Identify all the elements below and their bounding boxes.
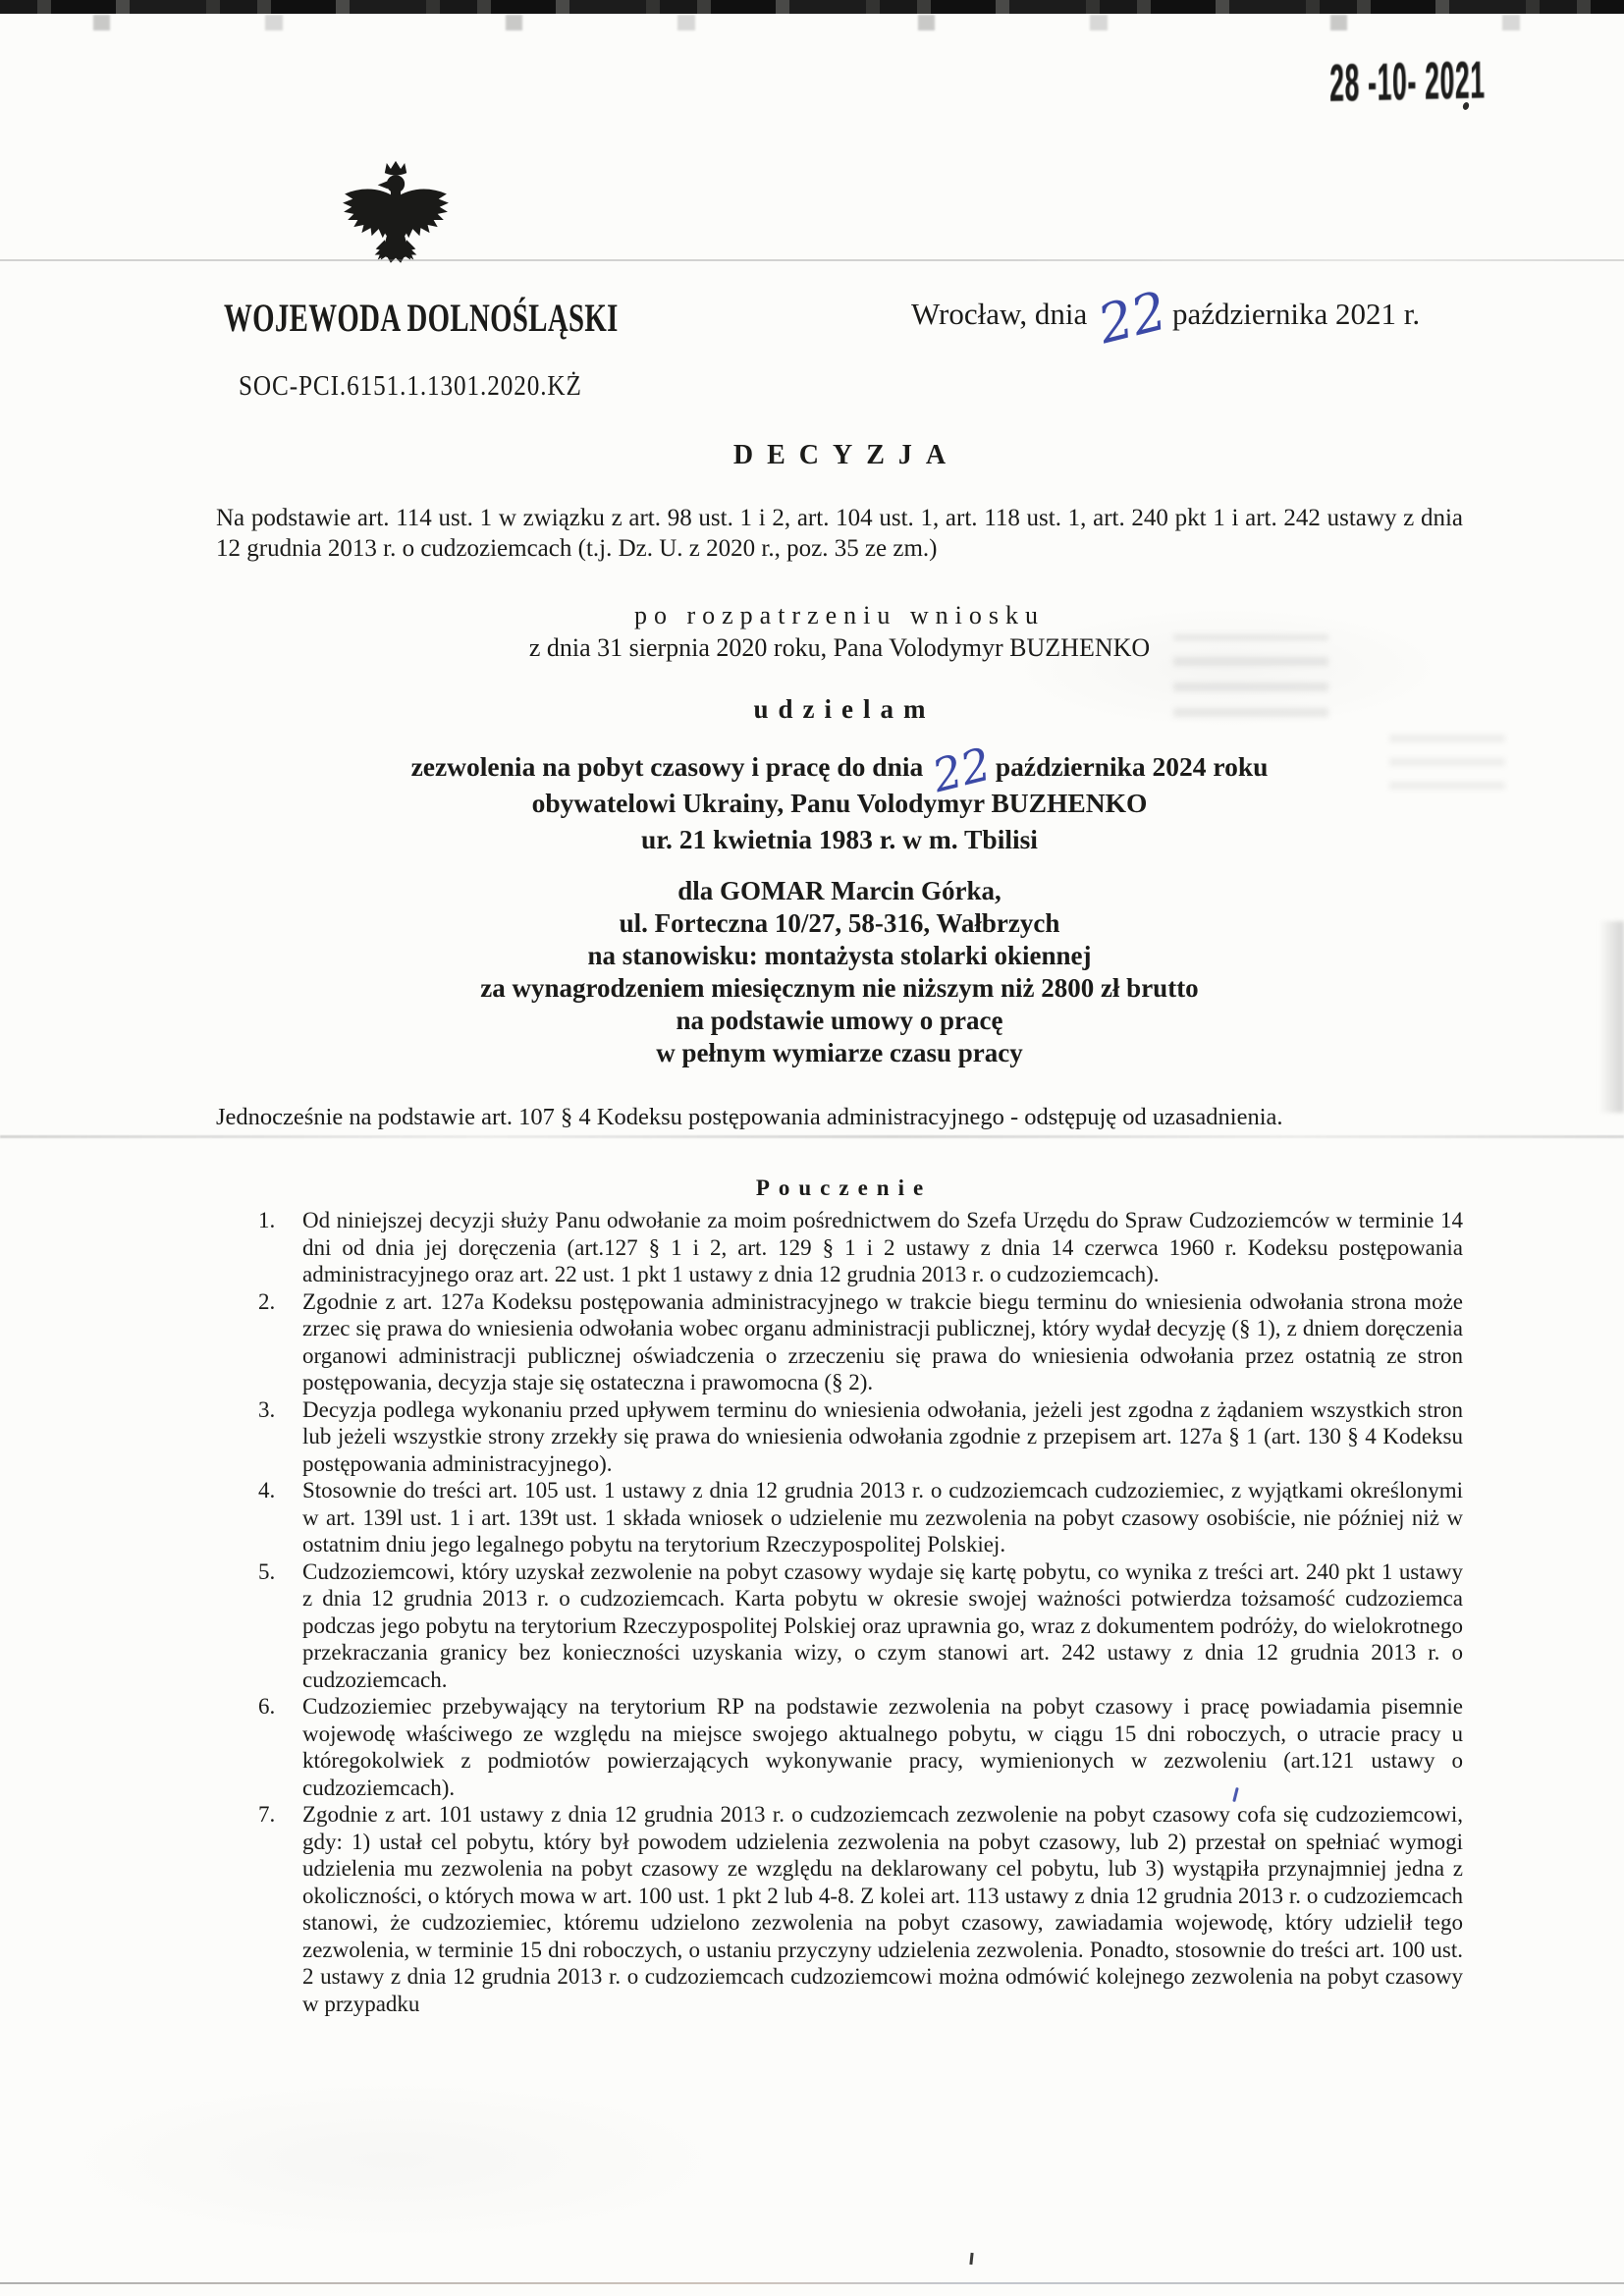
ink-bleed-through-artifact — [1389, 729, 1505, 790]
permit-period-line: zezwolenia na pobyt czasowy i pracę do d… — [216, 748, 1463, 785]
justification-waiver-line: Jednocześnie na podstawie art. 107 § 4 K… — [216, 1103, 1463, 1132]
list-item: 3. Decyzja podlega wykonaniu przed upływ… — [216, 1396, 1463, 1478]
list-item-number: 5. — [258, 1558, 275, 1586]
date-suffix: października 2021 r. — [1172, 297, 1420, 331]
permit-suffix: października 2024 roku — [996, 751, 1269, 782]
contract-type-line: na podstawie umowy o pracę — [216, 1005, 1463, 1037]
list-item: 6. Cudzoziemiec przebywający na terytori… — [216, 1693, 1463, 1801]
list-item-number: 3. — [258, 1396, 275, 1424]
scan-bottom-edge-artifact — [0, 2282, 1624, 2284]
list-item-text: Od niniejszej decyzji służy Panu odwołan… — [302, 1207, 1463, 1288]
list-item-number: 1. — [258, 1207, 275, 1234]
beneficiary-line: obywatelowi Ukrainy, Panu Volodymyr BUZH… — [216, 785, 1463, 821]
instruction-list: 1. Od niniejszej decyzji służy Panu odwo… — [216, 1207, 1463, 2017]
scan-speck-artifact — [969, 2253, 973, 2265]
list-item: 7. Zgodnie z art. 101 ustawy z dnia 12 g… — [216, 1801, 1463, 2017]
scan-crease-line — [0, 259, 1624, 261]
handwritten-day-number: 22 — [1100, 310, 1165, 327]
scan-crease-line — [0, 1135, 1624, 1138]
list-item-number: 6. — [258, 1693, 275, 1721]
employment-terms-block: dla GOMAR Marcin Górka, ul. Forteczna 10… — [216, 875, 1463, 1069]
received-date-stamp: 28 -10- 2021 — [1329, 50, 1486, 114]
scan-top-edge-artifact — [0, 0, 1624, 14]
place-and-date-line: Wrocław, dnia22października 2021 r. — [911, 297, 1420, 332]
list-item-number: 2. — [258, 1288, 275, 1316]
list-item-text: Decyzja podlega wykonaniu przed upływem … — [302, 1396, 1463, 1478]
list-item-text: Zgodnie z art. 127a Kodeksu postępowania… — [302, 1288, 1463, 1396]
birth-line: ur. 21 kwietnia 1983 r. w m. Tbilisi — [216, 821, 1463, 857]
ink-bleed-through-artifact — [1173, 634, 1328, 717]
list-item: 5. Cudzoziemcowi, który uzyskał zezwolen… — [216, 1558, 1463, 1694]
list-item: 4. Stosownie do treści art. 105 ust. 1 u… — [216, 1477, 1463, 1558]
legal-basis-paragraph: Na podstawie art. 114 ust. 1 w związku z… — [216, 503, 1463, 564]
list-item: 1. Od niniejszej decyzji służy Panu odwo… — [216, 1207, 1463, 1288]
working-time-line: w pełnym wymiarze czasu pracy — [216, 1037, 1463, 1069]
list-item-text: Cudzoziemiec przebywający na terytorium … — [302, 1693, 1463, 1801]
decision-title: DECYZJA — [216, 440, 1463, 471]
polish-eagle-emblem-icon — [339, 157, 453, 289]
position-line: na stanowisku: montażysta stolarki okien… — [216, 940, 1463, 972]
handwritten-day-number: 22 — [934, 763, 990, 777]
list-item-text: Zgodnie z art. 101 ustawy z dnia 12 grud… — [302, 1801, 1463, 2017]
list-item-number: 7. — [258, 1801, 275, 1829]
list-item-text: Cudzoziemcowi, który uzyskał zezwolenie … — [302, 1558, 1463, 1694]
date-prefix: Wrocław, dnia — [911, 297, 1087, 331]
list-item-text: Stosownie do treści art. 105 ust. 1 usta… — [302, 1477, 1463, 1558]
scan-edge-smudge-artifact — [1598, 921, 1624, 1113]
case-reference-number: SOC-PCI.6151.1.1301.2020.KŻ — [239, 371, 582, 403]
consideration-line: po rozpatrzeniu wniosku — [216, 599, 1463, 631]
instruction-heading: Pouczenie — [216, 1174, 1463, 1203]
employer-line: dla GOMAR Marcin Górka, — [216, 875, 1463, 907]
authority-name: WOJEWODA DOLNOŚLĄSKI — [224, 295, 619, 341]
scanned-decision-page: 28 -10- 2021 WOJEWODA DOLNOŚLĄSKI Wrocła… — [0, 0, 1624, 2296]
list-item-number: 4. — [258, 1477, 275, 1504]
employer-address-line: ul. Forteczna 10/27, 58-316, Wałbrzych — [216, 907, 1463, 940]
salary-line: za wynagrodzeniem miesięcznym nie niższy… — [216, 972, 1463, 1005]
list-item: 2. Zgodnie z art. 127a Kodeksu postępowa… — [216, 1288, 1463, 1396]
permit-prefix: zezwolenia na pobyt czasowy i pracę do d… — [411, 751, 924, 782]
